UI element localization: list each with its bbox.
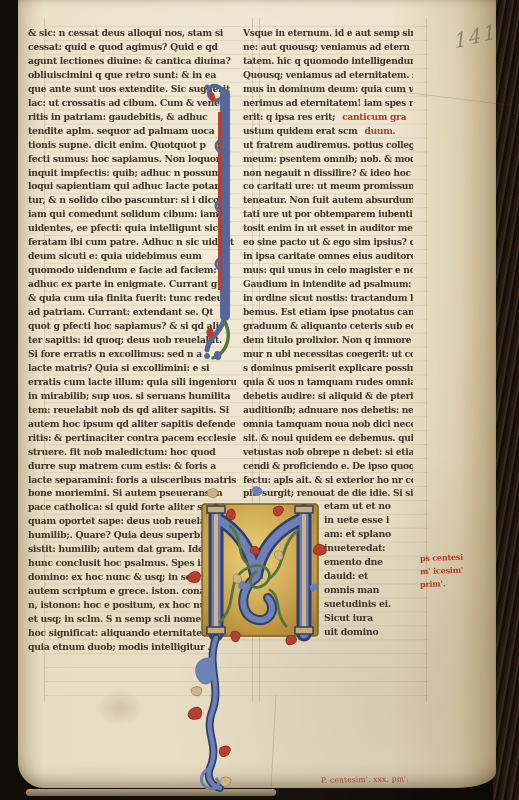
book-binding-edge (493, 0, 519, 800)
parchment-stain (96, 690, 144, 726)
text-line-black: ne: aut quousq; veniamus ad etern (243, 42, 410, 53)
text-line: etam ut et no (324, 500, 410, 514)
text-line: nerimus ad eternitatem! iam spes non (243, 97, 413, 111)
text-line: ne: aut quousq; veniamus ad etern (243, 41, 413, 55)
text-line: cendi & proficiendo e. De ipso quoq; pro (243, 460, 413, 474)
text-line: in uete esse i (324, 514, 410, 528)
text-line-black: s dominus pmiserit explicare possim: (243, 363, 413, 374)
text-line-black: non negauit n dissilire? & ideo hoc indi (243, 168, 413, 179)
text-line-black: Quousq; veniamus ad eternitatem. spe (243, 70, 413, 81)
text-line: dem titulo prolixior. Non q immore (243, 334, 413, 348)
text-line-black: teneatur. Non fuit autem absurdum ca (243, 195, 413, 206)
text-line-black: vetustas nob obrepe n debet: si etia cre… (243, 447, 413, 458)
text-line: ut fratrem audiremus. potius collegam (243, 139, 413, 153)
text-line-black: tosit enim in ut esset in auditor me: (243, 223, 413, 234)
text-line: s dominus pmiserit explicare possim: (243, 362, 413, 376)
text-line: autem hoc ipsum qd aliter sapitis defend… (28, 418, 236, 432)
text-line-black: graduum & aliquanto ceteris sub eo (243, 321, 413, 332)
text-line-black: sit. & noui quidem ee debemus. quia (243, 433, 413, 444)
text-line-black: tati ure ut por obtemparem iubenti? sc (243, 209, 413, 220)
text-line: omnis man (324, 584, 410, 598)
text-line: co caritati ure: ut meum promissum (243, 180, 413, 194)
text-line: vetustas nob obrepe n debet: si etia cre… (243, 446, 413, 460)
text-line: debetis audire: si aliquid & de pteritis (243, 390, 413, 404)
text-line-black: nerimus ad eternitatem! iam spes non (243, 98, 413, 109)
text-line-black: dem titulo prolixior. Non q immore (243, 335, 411, 346)
text-line-black: meum: psentem omnib; nob. & modo (243, 154, 413, 165)
text-line: eo sine pacto ut & ego sim ipsius? quia (243, 236, 413, 250)
text-line: emento dne (324, 556, 410, 570)
margin-note-psalm: ps centesim' icesim'prim'. (420, 551, 490, 590)
text-line-black: eo sine pacto ut & ego sim ipsius? quia (243, 237, 413, 248)
text-line-black: in ordine sicut nostis: tractandum ha (243, 293, 413, 304)
text-line: & sic: n cessat deus alloqui nos, stam s… (28, 27, 236, 41)
text-line: mur n ubi necessitas coegerit: ut coti (243, 348, 413, 362)
text-line-black: Gaudium in intendite ad psalmum: quem (243, 279, 413, 290)
text-column-right: Vsque in eternum. id e aut semp sine fin… (243, 27, 413, 501)
text-line-black: mus: qui unus in celo magister e nobis. (243, 265, 413, 276)
text-line: ritis: & pertinaciter contra pacem eccle… (28, 432, 236, 446)
text-line-black: co caritati ure: ut meum promissum (243, 181, 413, 192)
text-line: in ipsa caritate omnes eius auditores si (243, 250, 413, 264)
folio-number: 141 (454, 18, 499, 53)
text-line: tosit enim in ut esset in auditor me: (243, 222, 413, 236)
text-line: tem: reuelabit nob ds qd aliter sapitis.… (28, 404, 236, 418)
text-line: dauid: et (324, 570, 410, 584)
text-line: suetudinis ei. (324, 598, 410, 612)
text-line-black: erit: q ipsa res erit; (243, 112, 335, 123)
text-line-black: quia & uos n tamquam rudes omnia (243, 377, 413, 388)
text-line: tatem. hic q quomodo intelligendum e? (243, 55, 413, 69)
text-line-black: omnia tamquam noua nob dici necesse (243, 419, 413, 430)
text-column-wrap: etam ut et noin uete esse iam: et splano… (324, 500, 410, 640)
text-line: mus in dominum deum: quia cum ve (243, 83, 413, 97)
margin-note-line: prim'. (420, 576, 490, 591)
text-line-black: ustum quidem erat scm (243, 126, 358, 137)
text-line: mus: qui unus in celo magister e nobis. (243, 264, 413, 278)
text-line-black: mus in dominum deum: quia cum ve (243, 84, 413, 95)
text-line: Quousq; veniamus ad eternitatem. spe (243, 69, 413, 83)
text-line-black: cendi & proficiendo e. De ipso quoq; pro (243, 461, 413, 472)
text-line: in mirabilib; sup uos. si seruans humili… (28, 390, 236, 404)
text-line-black: bemus. Est etiam ipse pnotatus canticu (243, 307, 413, 318)
text-line: in ordine sicut nostis: tractandum ha (243, 292, 413, 306)
text-line: quia & uos n tamquam rudes omnia (243, 376, 413, 390)
text-line: Sicut iura (324, 612, 410, 626)
photo-backdrop: 141 & sic: n cessat deus alloqui nos, st… (0, 0, 519, 800)
bottom-psalm-note: P. centesim'. xxx. pm'. (321, 774, 409, 785)
text-line-black: auditionib; adnuare nos debetis: ne (243, 405, 413, 416)
pen-flourish-initial (201, 78, 239, 368)
text-line: struere. fit nob maledictum: hoc quod (28, 446, 236, 460)
text-line: agunt lectiones diuine: & cantica diuina… (28, 55, 236, 69)
parchment-crease (398, 91, 512, 106)
text-line-black: tatem. hic q quomodo intelligendum e? (243, 56, 413, 67)
text-line-black: fectu: apls ait. & si exterior ho nr cor… (243, 475, 413, 486)
text-line: non negauit n dissilire? & ideo hoc indi (243, 167, 413, 181)
text-line: uit domino (324, 626, 410, 640)
text-line-black: in ipsa caritate omnes eius auditores si (243, 251, 413, 262)
rubric-red-text: canticum gra (342, 112, 406, 123)
text-line: tati ure ut por obtemparem iubenti? sc (243, 208, 413, 222)
text-line-black: Vsque in eternum. id e aut semp sine fi (243, 28, 413, 39)
text-line-black: ut fratrem audiremus. potius collegam (243, 140, 413, 151)
text-line: Vsque in eternum. id e aut semp sine fi (243, 27, 413, 41)
rubric-red-text: duum. (365, 126, 396, 137)
text-line-black: debetis audire: si aliquid & de pteritis (243, 391, 413, 402)
text-line: cessat: quid e quod agimus? Quid e qd (28, 41, 236, 55)
text-line: meum: psentem omnib; nob. & modo (243, 153, 413, 167)
text-line: sit. & noui quidem ee debemus. quia (243, 432, 413, 446)
text-line: omnia tamquam noua nob dici necesse (243, 418, 413, 432)
text-line: inueteredat: (324, 542, 410, 556)
text-line: teneatur. Non fuit autem absurdum ca (243, 194, 413, 208)
text-line: auditionib; adnuare nos debetis: ne (243, 404, 413, 418)
text-line: durre sup matrem cum estis: & foris a (28, 460, 236, 474)
text-line: graduum & aliquanto ceteris sub eo (243, 320, 413, 334)
column-rule-right (426, 18, 427, 702)
text-line: bemus. Est etiam ipse pnotatus canticu (243, 306, 413, 320)
text-line-black: mur n ubi necessitas coegerit: ut coti (243, 349, 413, 360)
text-line: Gaudium in intendite ad psalmum: quem (243, 278, 413, 292)
text-line: erit: q ipsa res erit;canticum gra (243, 111, 413, 125)
text-line: erratis cum lacte illum: quia sili ingen… (28, 376, 236, 390)
text-line: ustum quidem erat scmduum. (243, 125, 413, 139)
text-line: am: et splano (324, 528, 410, 542)
manuscript-page: 141 & sic: n cessat deus alloqui nos, st… (18, 0, 496, 788)
illuminated-initial-m (186, 486, 332, 798)
